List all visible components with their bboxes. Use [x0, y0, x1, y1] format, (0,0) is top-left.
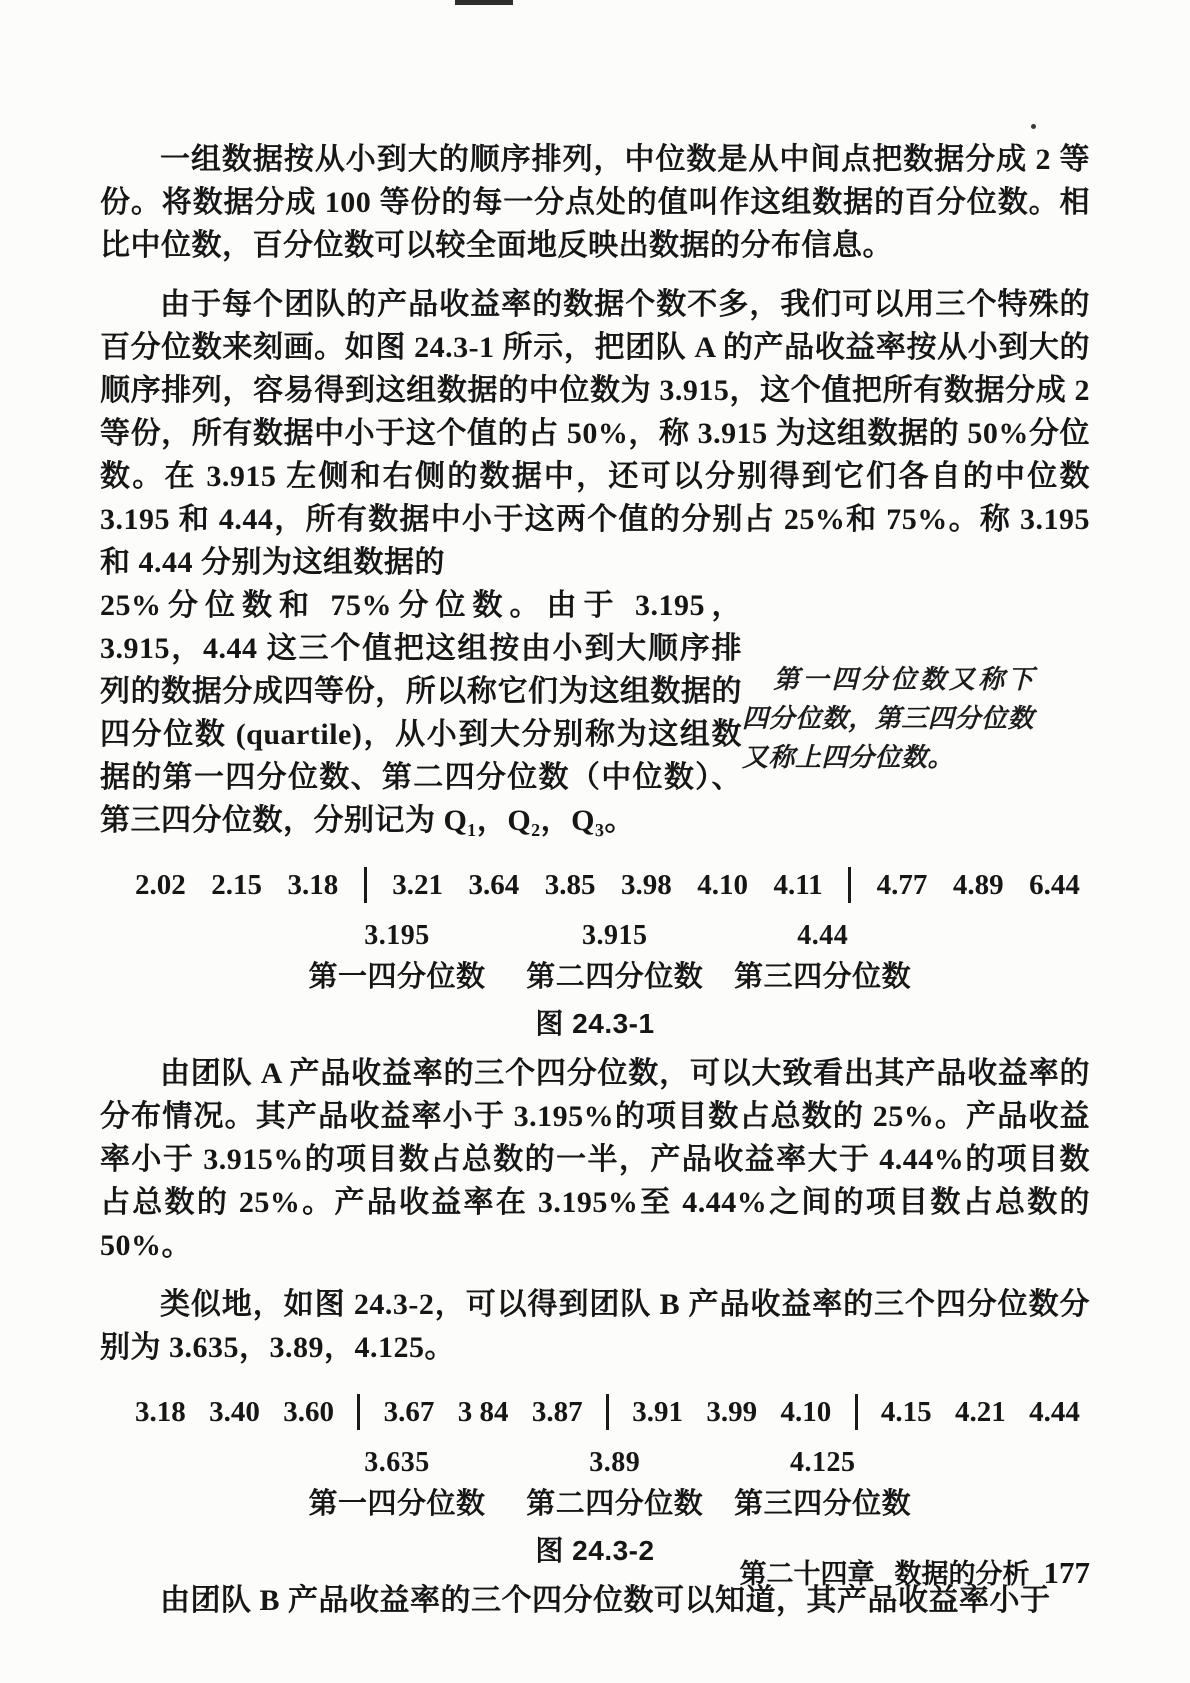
- data-value: 3.64: [469, 864, 520, 907]
- figure-caption: 图 24.3-1: [100, 1002, 1090, 1040]
- scan-artifact-dot: [1031, 124, 1036, 129]
- paragraph-team-a-distribution: 由团队 A 产品收益率的三个四分位数，可以大致看出其产品收益率的分布情况。其产品…: [100, 1052, 1090, 1267]
- q1-label: 第一四分位数: [308, 956, 485, 999]
- scan-artifact-bar: [455, 0, 513, 5]
- margin-note-quartile-alias: 第一四分位数又称下四分位数，第三四分位数又称上四分位数。: [742, 660, 1034, 777]
- paragraph-team-a-quartiles-part2: 25%分位数和 75%分位数。由于 3.195，3.915，4.44 这三个值把…: [100, 584, 742, 842]
- q2-label: 第二四分位数: [526, 956, 703, 999]
- quartile-separator-bar: [606, 1394, 609, 1430]
- quartile-labels-row: 第一四分位数 第二四分位数 第三四分位数: [100, 956, 1090, 996]
- q3-label: 第三四分位数: [734, 1483, 911, 1526]
- q1-value: 3.195: [364, 914, 430, 957]
- quartile-values-row: 3.195 3.915 4.44: [100, 914, 1090, 954]
- footer-chapter: 第二十四章: [740, 1552, 875, 1591]
- q2-value: 3.89: [589, 1441, 640, 1484]
- data-value: 4.44: [1029, 1391, 1080, 1434]
- q2-value: 3.915: [582, 914, 648, 957]
- data-value: 4.77: [877, 864, 928, 907]
- q1-label: 第一四分位数: [308, 1483, 485, 1526]
- data-value: 3.99: [706, 1391, 757, 1434]
- quartile-labels-row: 第一四分位数 第二四分位数 第三四分位数: [100, 1483, 1090, 1523]
- figure-24-3-1: 2.022.153.183.213.643.853.984.104.114.77…: [100, 864, 1090, 1040]
- data-value: 4.21: [955, 1391, 1006, 1434]
- sorted-data-row: 3.183.403.603.673 843.873.913.994.104.15…: [100, 1391, 1090, 1433]
- data-value: 3.91: [632, 1391, 683, 1434]
- data-value: 3.60: [283, 1391, 334, 1434]
- data-value: 3 84: [458, 1391, 509, 1434]
- q1-value: 3.635: [364, 1441, 430, 1484]
- data-value: 4.15: [881, 1391, 932, 1434]
- paragraph-team-b-intro: 类似地，如图 24.3-2，可以得到团队 B 产品收益率的三个四分位数分别为 3…: [100, 1283, 1090, 1369]
- figure-24-3-2: 3.183.403.603.673 843.873.913.994.104.15…: [100, 1391, 1090, 1567]
- data-value: 3.18: [288, 864, 339, 907]
- data-value: 3.98: [621, 864, 672, 907]
- q3-value: 4.44: [797, 914, 848, 957]
- data-value: 4.89: [953, 864, 1004, 907]
- paragraph-percentile-intro: 一组数据按从小到大的顺序排列，中位数是从中间点把数据分成 2 等份。将数据分成 …: [100, 138, 1090, 267]
- data-value: 2.02: [135, 864, 186, 907]
- data-value: 3.18: [135, 1391, 186, 1434]
- data-value: 4.10: [697, 864, 748, 907]
- data-value: 3.67: [384, 1391, 435, 1434]
- data-value: 4.11: [774, 864, 823, 907]
- paragraph-team-a-quartiles-part1: 由于每个团队的产品收益率的数据个数不多，我们可以用三个特殊的百分位数来刻画。如图…: [100, 283, 1090, 584]
- quartile-separator-bar: [364, 867, 367, 903]
- quartile-separator-bar: [848, 867, 851, 903]
- sorted-data-row: 2.022.153.183.213.643.853.984.104.114.77…: [100, 864, 1090, 906]
- q3-label: 第三四分位数: [734, 956, 911, 999]
- data-value: 3.21: [392, 864, 443, 907]
- q2-label: 第二四分位数: [526, 1483, 703, 1526]
- textbook-page: 一组数据按从小到大的顺序排列，中位数是从中间点把数据分成 2 等份。将数据分成 …: [0, 0, 1190, 1683]
- data-value: 6.44: [1029, 864, 1080, 907]
- q3-value: 4.125: [790, 1441, 856, 1484]
- quartile-values-row: 3.635 3.89 4.125: [100, 1441, 1090, 1481]
- quartile-separator-bar: [855, 1394, 858, 1430]
- page-footer: 第二十四章 数据的分析 177: [740, 1552, 1091, 1591]
- quartile-separator-bar: [357, 1394, 360, 1430]
- footer-page-number: 177: [1044, 1555, 1091, 1591]
- data-value: 4.10: [780, 1391, 831, 1434]
- data-value: 2.15: [211, 864, 262, 907]
- data-value: 3.40: [209, 1391, 260, 1434]
- data-value: 3.87: [532, 1391, 583, 1434]
- footer-section: 数据的分析: [895, 1552, 1030, 1591]
- data-value: 3.85: [545, 864, 596, 907]
- page-content: 一组数据按从小到大的顺序排列，中位数是从中间点把数据分成 2 等份。将数据分成 …: [100, 138, 1090, 1622]
- paragraph-with-margin-note: 25%分位数和 75%分位数。由于 3.195，3.915，4.44 这三个值把…: [100, 584, 1090, 842]
